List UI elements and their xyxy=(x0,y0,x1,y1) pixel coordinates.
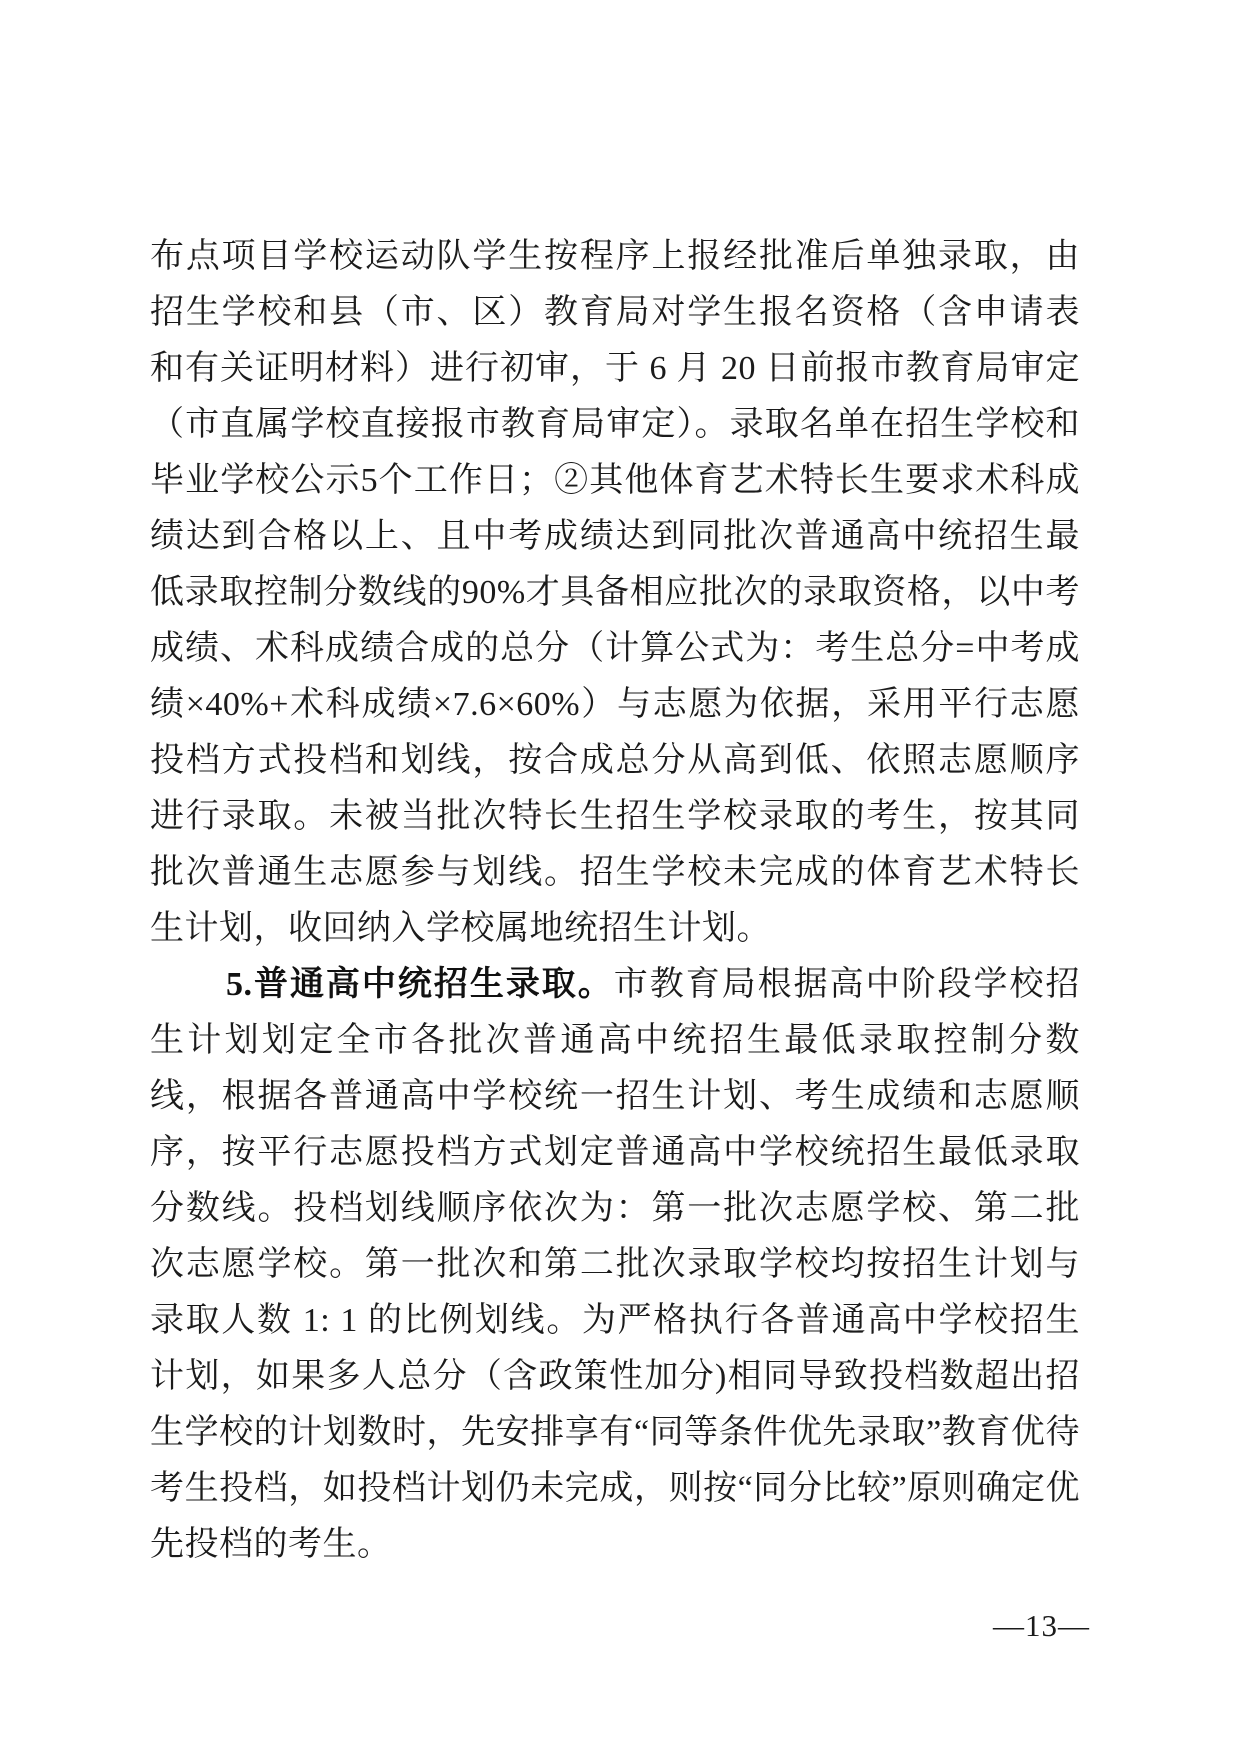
paragraph-continuation: 布点项目学校运动队学生按程序上报经批准后单独录取，由招生学校和县（市、区）教育局… xyxy=(150,229,1080,957)
paragraph-section-5: 5.普通高中统招生录取。市教育局根据高中阶段学校招生计划划定全市各批次普通高中统… xyxy=(150,957,1080,1573)
page-number: —13— xyxy=(993,1608,1090,1644)
document-page: 布点项目学校运动队学生按程序上报经批准后单独录取，由招生学校和县（市、区）教育局… xyxy=(0,0,1240,1754)
section-5-body-text: 市教育局根据高中阶段学校招生计划划定全市各批次普通高中统招生最低录取控制分数线，… xyxy=(150,966,1080,1563)
section-5-heading: 5.普通高中统招生录取。 xyxy=(226,966,614,1003)
document-body: 布点项目学校运动队学生按程序上报经批准后单独录取，由招生学校和县（市、区）教育局… xyxy=(150,229,1080,1573)
